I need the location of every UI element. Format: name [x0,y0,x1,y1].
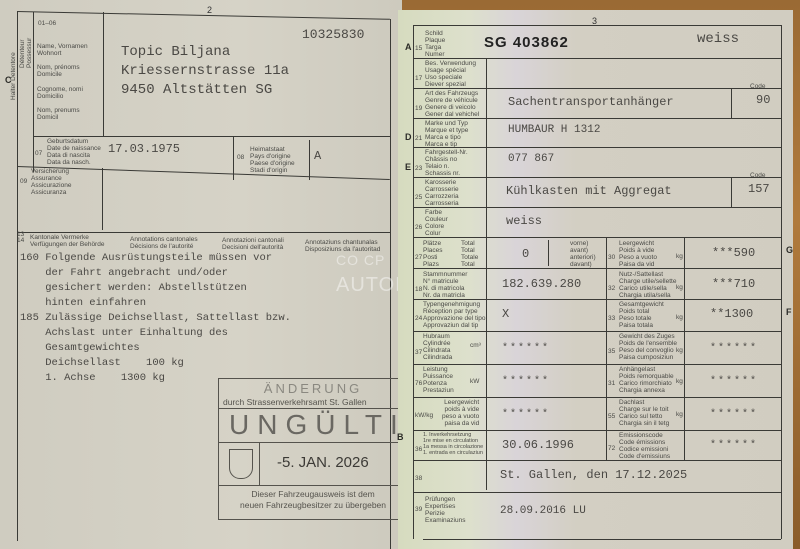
roof-load-code: 55 [608,413,615,420]
empty-weight-value: ***590 [712,246,755,260]
empty-weight-label: Leergewicht Poids à vide Peso a vuoto Pa… [619,240,657,268]
empty-weight-unit: kg [676,253,683,260]
master-number-code: 18 [415,286,422,293]
remarks-label-it: Annotazioni cantonali Decisioni dell'aut… [222,237,284,251]
color-label: Farbe Couleur Colore Colur [425,209,448,237]
make-model-value: HUMBAUR H 1312 [508,124,600,136]
remark-line: Deichsellast 100 kg [20,356,291,371]
page-number: 2 [207,5,212,15]
trailer-load-label: Anhängelast Poids remorquable Carico rim… [619,366,674,394]
trailer-load-code: 31 [608,380,615,387]
vehicle-type-code: 19 [415,105,422,112]
color-value: weiss [506,214,542,228]
holder-label-de: Name, Vornamen Wohnort [37,43,88,57]
remark-line: gesichert werden: Abstellstützen [20,281,291,296]
side-letter-b: B [397,432,404,442]
type-approval-code: 24 [415,315,422,322]
left-page: 2 C 01–06 Halter Detentore Détenteur Pos… [0,0,402,549]
holder-label-fr: Nom, prénoms Domicile [37,64,80,78]
roof-load-label: Dachlast Charge sur le toit Carico sul t… [619,399,669,427]
seats-value: 0 [522,247,529,261]
holder-label-it: Cognome, nomi Domicilio [37,86,83,100]
vehicle-type-code-label: Code [750,83,766,90]
emission-code-label: Emissionscode Code émissions Codice emis… [619,432,670,460]
emission-code-value: ****** [710,440,758,451]
empty-weight-code: 30 [608,254,615,261]
power-unit: kW [470,378,479,385]
body-code-label: Code [750,172,766,179]
make-label: Marke und Typ Marque et type Marca e tip… [425,120,468,148]
roof-load-unit: kg [676,411,683,418]
train-weight-code: 35 [608,348,615,355]
origin-label: Heimatstaat Pays d'origine Paese d'origi… [250,146,295,174]
power-code: 76 [415,380,422,387]
displacement-value: ****** [502,343,550,354]
train-weight-unit: kg [676,347,683,354]
payload-label: Nutz-/Sattellast Charge utile/sellette C… [619,271,676,299]
power-weight-value: ****** [502,409,550,420]
body-code-value: 157 [748,182,770,196]
body-label: Karosserie Carrosserie Carrozzeria Carro… [425,179,459,207]
origin-value: A [314,149,321,163]
remarks-label-de: Kantonale Vermerke Verfügungen der Behör… [30,234,104,248]
vehicle-type-code-value: 90 [756,93,770,107]
stamp-subtitle: durch Strassenverkehrsamt St. Gallen [223,397,367,407]
trailer-load-unit: kg [676,378,683,385]
type-approval-label: Typengenehmigung Réception par type Appr… [423,301,486,329]
total-weight-label: Gesamtgewicht Poids total Peso totale Pa… [619,301,664,329]
origin-code: 08 [237,154,244,161]
body-code: 25 [415,194,422,201]
power-weight-unit: kW/kg [415,412,433,419]
power-weight-label: Leergewicht poids à vide peso a vuoto pa… [442,399,479,427]
payload-unit: kg [676,284,683,291]
train-weight-value: ****** [710,343,758,354]
payload-value: ***710 [712,277,755,291]
birth-date-value: 17.03.1975 [108,142,180,156]
emission-code-code: 72 [608,445,615,452]
displacement-label: Hubraum Cylindrée Cilindrata Cilindrada [423,333,452,361]
master-number-value: 182.639.280 [502,277,581,291]
right-page: 3 A D E B G F 15 Schild Plaque Targa Num… [398,10,793,549]
side-letter-g: G [786,245,793,255]
roof-load-value: ****** [710,409,758,420]
special-use-code: 17 [415,75,422,82]
make-code: 21 [415,135,422,142]
payload-code: 32 [608,285,615,292]
inspections-value: 28.09.2016 LU [500,505,586,517]
type-approval-value: X [502,307,509,321]
seats-front-label: vorne) avant) anteriori) davant) [570,240,596,268]
place-date-code: 38 [415,475,422,482]
displacement-code: 37 [415,349,422,356]
plate-number: SG 403862 [484,34,569,51]
power-value: ****** [502,376,550,387]
color-code: 26 [415,224,422,231]
trailer-load-value: ****** [710,376,758,387]
first-registration-value: 30.06.1996 [502,438,574,452]
remarks-label-rm: Annotaziuns chantunalas Disposiziuns da … [305,239,380,253]
stamp-date: -5. JAN. 2026 [277,454,369,471]
seats-code: 27 [415,254,422,261]
inspections-code: 39 [415,506,422,513]
master-number-label: Stammnummer N° matricule N. di matricola… [423,271,467,299]
place-date-value: St. Gallen, den 17.12.2025 [500,468,687,482]
holder-side-label-1: Halter Detentore [10,50,17,100]
side-letter-f: F [786,307,792,317]
remarks-codes: 13 14 [17,232,24,244]
displacement-unit: cm³ [470,342,481,349]
seats-label: Plätze Places Posti Plazs [423,240,443,268]
body-value: Kühlkasten mit Aggregat [506,184,672,198]
side-letter-a: A [405,42,412,52]
train-weight-label: Gewicht des Zuges Poids de l'ensemble Pe… [619,333,677,361]
plate-color: weiss [697,31,739,47]
insurance-code: 09 [20,178,27,185]
plate-label: Schild Plaque Targa Numer [425,30,445,58]
watermark-line-1: CO CP [336,252,385,268]
stamp-title: ÄNDERUNG [219,381,407,396]
remark-line: der Fahrt angebracht und/oder [20,266,291,281]
vehicle-type-value: Sachentransportanhänger [508,95,674,109]
birth-date-label: Geburtsdatum Date de naissance Data di n… [47,138,101,166]
remarks-text: 160 Folgende Ausrüstungsteile müssen vor… [20,251,291,386]
first-registration-label: 1. Inverkehrsetzung 1re mise en circulat… [423,432,483,456]
holder-street: Kriessernstrasse 11a [121,63,289,79]
holder-city: 9450 Altstätten SG [121,82,272,98]
holder-label-rm: Nom, prenums Domicil [37,107,80,121]
total-weight-code: 33 [608,315,615,322]
total-weight-unit: kg [676,314,683,321]
cancellation-stamp: ÄNDERUNG durch Strassenverkehrsamt St. G… [218,378,408,520]
first-registration-code: 36 [415,446,422,453]
holder-code: 01–06 [38,20,56,27]
insurance-label: Versicherung Assurance Assicurazione Ass… [31,168,71,196]
chassis-code: 23 [415,165,422,172]
total-weight-value: **1300 [710,307,753,321]
seats-total-label: Total Total Totale Total [461,240,478,268]
holder-name: Topic Biljana [121,44,230,60]
plate-code: 15 [415,45,422,52]
remark-line: 160 Folgende Ausrüstungsteile müssen vor [20,251,291,266]
special-use-label: Bes. Verwendung Usage spécial Uso specia… [425,60,476,88]
vehicle-type-label: Art des Fahrzeugs Genre de véhicule Gene… [425,90,479,118]
holder-side-label-2: Détenteur Possessur [19,18,33,68]
remark-line: Achslast unter Einhaltung des [20,326,291,341]
remark-line: Gesamtgewichtes [20,341,291,356]
document-number: 10325830 [302,27,364,42]
birth-date-code: 07 [35,150,42,157]
remarks-label-fr: Annotations cantonales Décisions de l'au… [130,236,198,250]
chassis-label: Fahrgestell-Nr. Châssis no Telaio n. Sch… [425,149,468,177]
chassis-value: 077 867 [508,153,554,165]
coat-of-arms-icon [229,449,253,479]
inspections-label: Prüfungen Expertises Perizie Examinaziun… [425,496,465,524]
side-letter-d: D [405,132,412,142]
stamp-footer: Dieser Fahrzeugausweis ist dem neuen Fah… [223,489,403,511]
remark-line: 185 Zulässige Deichsellast, Sattellast b… [20,311,291,326]
remark-line: hinten einfahren [20,296,291,311]
side-letter-e: E [405,162,411,172]
power-label: Leistung Puissance Potenza Prestaziun [423,366,454,394]
